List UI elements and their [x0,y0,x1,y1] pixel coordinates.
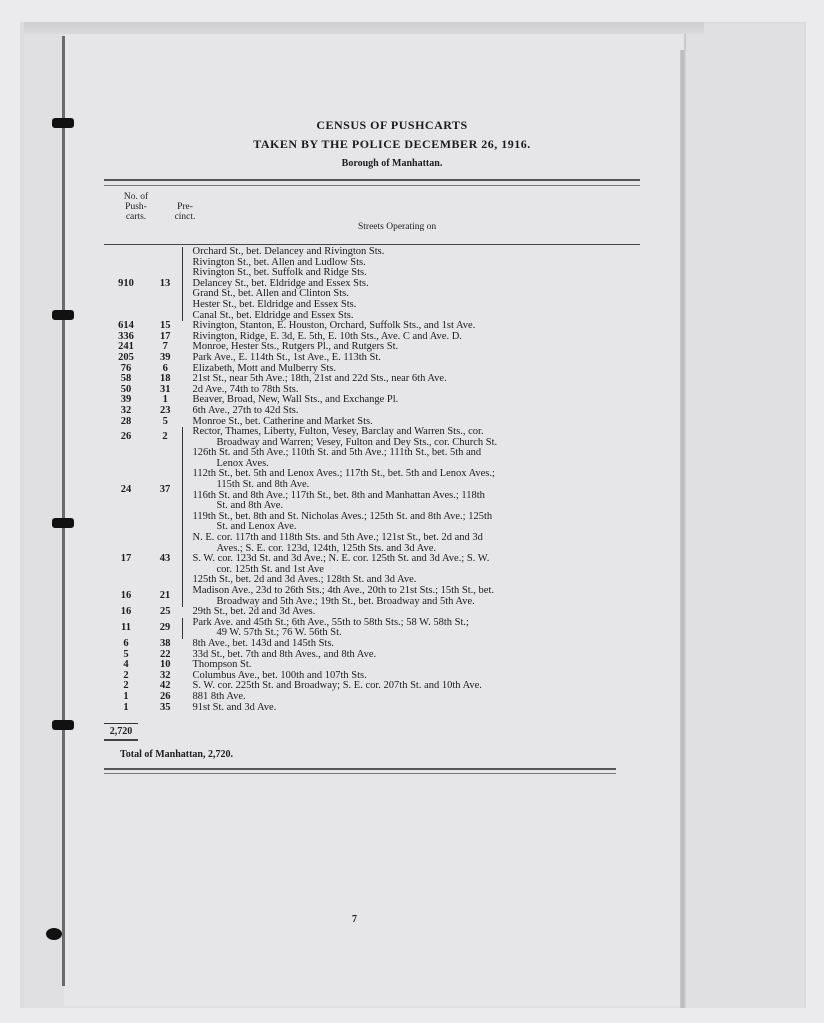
precinct-number: 29 [148,618,183,639]
pushcart-count: 1 [104,703,148,714]
precinct-number: 5 [148,417,183,428]
column-headers: No. of Push- carts. Pre- cinct. Streets … [104,186,640,242]
street-line: 6th Ave., 27th to 42d Sts. [193,406,623,417]
column-total: 2,720 [104,723,138,741]
pushcart-count: 910 [104,247,148,321]
precinct-number: 26 [148,692,183,703]
table-row: 1743N. E. cor. 117th and 118th Sts. and … [104,533,623,586]
pushcart-count: 6 [104,639,148,650]
precinct-number: 37 [148,448,183,533]
table-row: 6388th Ave., bet. 143d and 145th Sts. [104,639,623,650]
binder-clip-icon [52,310,74,320]
street-line: 881 8th Ave. [193,692,623,703]
table-row: 2437126th St. and 5th Ave.; 110th St. an… [104,448,623,533]
table-row: 126881 8th Ave. [104,692,623,703]
spacer [183,417,193,428]
brace-icon [183,247,193,321]
document-title: CENSUS OF PUSHCARTS [144,118,640,133]
pushcart-count: 11 [104,618,148,639]
spacer [183,681,193,692]
binder-clip-icon [52,720,74,730]
street-line: Orchard St., bet. Delancey and Rivington… [193,247,623,258]
precinct-number: 38 [148,639,183,650]
table-row: 52233d St., bet. 7th and 8th Aves., and … [104,650,623,661]
spacer [183,353,193,364]
spacer [183,406,193,417]
streets-cell: 91st St. and 3d Ave. [193,703,623,714]
streets-cell: 126th St. and 5th Ave.; 110th St. and 5t… [193,448,623,533]
pushcart-count: 32 [104,406,148,417]
page-number: 7 [352,914,357,925]
spacer [183,692,193,703]
table-row: 13591st St. and 3d Ave. [104,703,623,714]
streets-cell: S. W. cor. 225th St. and Broadway; S. E.… [193,681,623,692]
table-row: 242S. W. cor. 225th St. and Broadway; S.… [104,681,623,692]
table-row: 1129Park Ave. and 45th St.; 6th Ave., 55… [104,618,623,639]
street-line: 33d St., bet. 7th and 8th Aves., and 8th… [193,650,623,661]
spacer [183,660,193,671]
total-of-manhattan: Total of Manhattan, 2,720. [120,749,640,760]
pushcart-count: 28 [104,417,148,428]
precinct-number: 23 [148,406,183,417]
spacer [183,374,193,385]
street-line: Park Ave., E. 114th St., 1st Ave., E. 11… [193,353,623,364]
street-line: Madison Ave., 23d to 26th Sts.; 4th Ave.… [193,586,623,597]
header-rule [104,179,640,186]
precinct-column-header: Pre- cinct. [170,202,200,222]
brace-icon [183,427,193,448]
binder-clip-icon [52,518,74,528]
pushcarts-column-header: No. of Push- carts. [116,192,156,222]
binder-clip-icon [52,118,74,128]
binder-clip-icon [46,928,62,940]
streets-cell: 33d St., bet. 7th and 8th Aves., and 8th… [193,650,623,661]
streets-cell: Madison Ave., 23d to 26th Sts.; 4th Ave.… [193,586,623,607]
street-line: 91st St. and 3d Ave. [193,703,623,714]
document-subtitle: TAKEN BY THE POLICE DECEMBER 26, 1916. [144,137,640,152]
brace-icon [183,533,193,586]
pushcart-count: 16 [104,586,148,607]
spacer [183,607,193,618]
streets-cell: Park Ave. and 45th St.; 6th Ave., 55th t… [193,618,623,639]
streets-cell: Orchard St., bet. Delancey and Rivington… [193,247,623,321]
streets-cell: N. E. cor. 117th and 118th Sts. and 5th … [193,533,623,586]
precinct-number: 43 [148,533,183,586]
table-row: 91013Orchard St., bet. Delancey and Rivi… [104,247,623,321]
column-header-rule [104,244,640,245]
census-content: CENSUS OF PUSHCARTS TAKEN BY THE POLICE … [104,118,640,774]
precinct-number: 21 [148,586,183,607]
census-table: 91013Orchard St., bet. Delancey and Rivi… [104,247,623,713]
spacer [183,385,193,396]
streets-cell: Park Ave., E. 114th St., 1st Ave., E. 11… [193,353,623,364]
pushcart-count: 26 [104,427,148,448]
streets-cell: 8th Ave., bet. 143d and 145th Sts. [193,639,623,650]
table-row: 391Beaver, Broad, New, Wall Sts., and Ex… [104,395,623,406]
spacer [183,395,193,406]
street-line: S. W. cor. 225th St. and Broadway; S. E.… [193,681,623,692]
streets-column-header: Streets Operating on [358,222,436,232]
pushcart-count: 16 [104,607,148,618]
spacer [183,332,193,343]
streets-cell: Rector, Thames, Liberty, Fulton, Vesey, … [193,427,623,448]
precinct-number: 25 [148,607,183,618]
spacer [183,342,193,353]
streets-cell: 6th Ave., 27th to 42d Sts. [193,406,623,417]
pushcart-count: 1 [104,692,148,703]
spacer [183,639,193,650]
pushcart-count: 17 [104,533,148,586]
pushcart-count: 24 [104,448,148,533]
streets-cell: 881 8th Ave. [193,692,623,703]
precinct-number: 35 [148,703,183,714]
table-row: 1621Madison Ave., 23d to 26th Sts.; 4th … [104,586,623,607]
brace-icon [183,618,193,639]
street-line: 8th Ave., bet. 143d and 145th Sts. [193,639,623,650]
footer-rule [104,768,616,774]
spacer [183,321,193,332]
table-row: 32236th Ave., 27th to 42d Sts. [104,406,623,417]
brace-icon [183,448,193,533]
borough-heading: Borough of Manhattan. [144,158,640,169]
precinct-number: 2 [148,427,183,448]
table-row: 20539Park Ave., E. 114th St., 1st Ave., … [104,353,623,364]
table-row: 262Rector, Thames, Liberty, Fulton, Vese… [104,427,623,448]
table-row: 581821st St., near 5th Ave.; 18th, 21st … [104,374,623,385]
pushcart-count: 205 [104,353,148,364]
page-top-edge [24,22,704,34]
page-right-edge [680,50,686,1008]
spacer [183,671,193,682]
spacer [183,364,193,375]
spacer [183,650,193,661]
street-line: Hester St., bet. Eldridge and Essex Sts. [193,300,623,311]
binder-spine [62,36,65,986]
brace-icon [183,586,193,607]
precinct-number: 13 [148,247,183,321]
spacer [183,703,193,714]
precinct-number: 39 [148,353,183,364]
